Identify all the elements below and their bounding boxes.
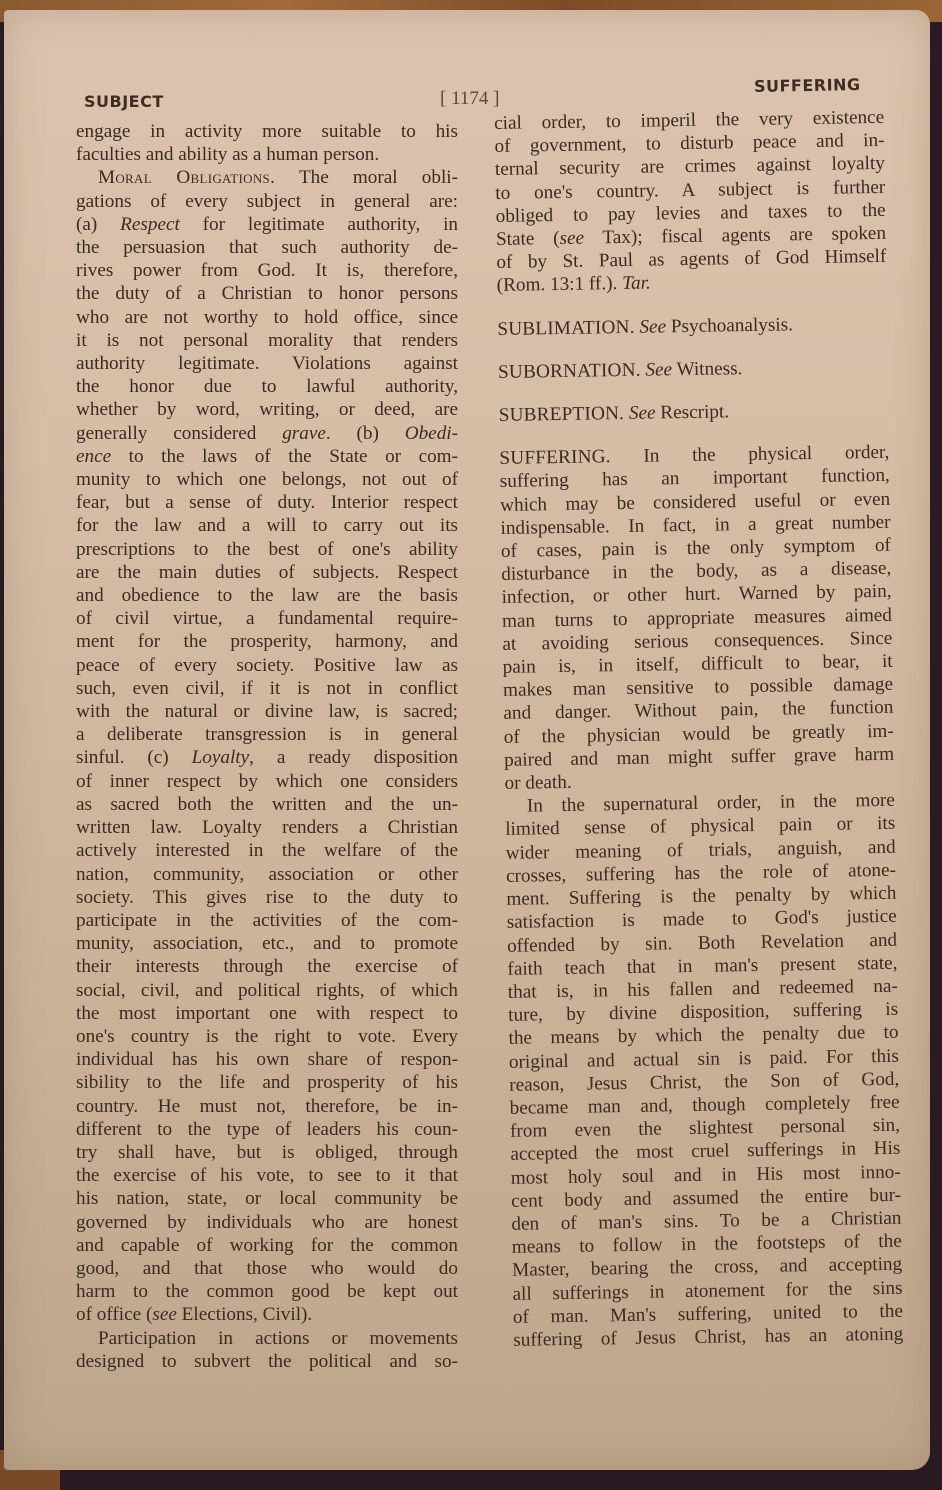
right-column: cial order, to imperil the very existenc… — [494, 106, 903, 1352]
text-line: the persuasion that such authority de- — [76, 236, 458, 259]
text-line: and capable of working for the common — [76, 1234, 458, 1257]
text-line: nation, community, association or other — [76, 863, 458, 886]
text-line: whether by word, writing, or deed, are — [76, 398, 458, 421]
text-line: peace of every society. Positive law as — [76, 654, 458, 677]
text-line: try shall have, but is obliged, through — [76, 1141, 458, 1164]
text-line: the honor due to lawful authority, — [76, 375, 458, 398]
text-line: rives power from God. It is, therefore, — [76, 259, 458, 282]
text-line: a deliberate transgression is in general — [76, 723, 458, 746]
text-line: country. He must not, therefore, be in- — [76, 1095, 458, 1118]
running-head-right: SUFFERING — [754, 75, 861, 96]
text-line: engage in activity more suitable to his — [76, 120, 458, 143]
text-line: such, even civil, if it is not in confli… — [76, 677, 458, 700]
text-line: ence to the laws of the State or com- — [76, 445, 458, 468]
cross-reference-link[interactable]: Witness. — [676, 358, 742, 380]
text-line: good, and that those who would do — [76, 1257, 458, 1280]
text-line: as sacred both the written and the un- — [76, 793, 458, 816]
text-line: governed by individuals who are honest — [76, 1211, 458, 1234]
paragraph-participation: Participation in actions or movements — [76, 1327, 458, 1350]
entry-suffering: SUFFERING. In the physical order, suffer… — [499, 441, 903, 1352]
entry-term: SUFFERING. — [499, 446, 611, 469]
entry-term: SUBORNATION. — [498, 360, 641, 383]
entry-term: SUBREPTION. — [499, 403, 625, 426]
cross-reference-subreption: SUBREPTION. See Rescript. — [499, 398, 889, 427]
text-line: the duty of a Christian to honor persons — [76, 282, 458, 305]
text-line: with the natural or divine law, is sacre… — [76, 700, 458, 723]
text-line: ment for the prosperity, harmony, and — [76, 630, 458, 653]
text-line: (Rom. 13:1 ff.). Tar. — [497, 268, 887, 297]
text-line: different to the type of leaders his cou… — [76, 1118, 458, 1141]
cross-reference-link[interactable]: Psychoanalysis. — [671, 314, 793, 337]
cross-reference-link[interactable]: Rescript. — [660, 401, 729, 423]
page-number: [ 1174 ] — [440, 88, 499, 110]
text-line: the most important one with respect to — [76, 1002, 458, 1025]
text-line: their interests through the exercise of — [76, 955, 458, 978]
text-line: sibility to the life and prosperity of h… — [76, 1071, 458, 1094]
left-column: engage in activity more suitable to his … — [76, 120, 458, 1373]
text-line: social, civil, and political rights, of … — [76, 979, 458, 1002]
text-line: written law. Loyalty renders a Christian — [76, 816, 458, 839]
text-line: munity to which one belongs, not out of — [76, 468, 458, 491]
text-line: actively interested in the welfare of th… — [76, 839, 458, 862]
see-label: See — [639, 316, 666, 337]
text-line: for the law and a will to carry out its — [76, 514, 458, 537]
text-line: the exercise of his vote, to see to it t… — [76, 1164, 458, 1187]
cross-reference-subornation: SUBORNATION. See Witness. — [498, 355, 888, 384]
text-line: harm to the common good be kept out — [76, 1280, 458, 1303]
text-line: of inner respect by which one considers — [76, 770, 458, 793]
text-line: fear, but a sense of duty. Interior resp… — [76, 491, 458, 514]
text-line: designed to subvert the political and so… — [76, 1350, 458, 1373]
text-line: gations of every subject in general are: — [76, 190, 458, 213]
text-line: who are not worthy to hold office, since — [76, 306, 458, 329]
text-line: generally considered grave. (b) Obedi- — [76, 422, 458, 445]
text-line: participate in the activities of the com… — [76, 909, 458, 932]
author-signature: Tar. — [622, 273, 651, 294]
text-line: society. This gives rise to the duty to — [76, 886, 458, 909]
section-heading: Moral Obligations. — [98, 167, 275, 188]
text-line: (a) Respect for legitimate authority, in — [76, 213, 458, 236]
text-line: of office (see Elections, Civil). — [76, 1303, 458, 1326]
text-line: his nation, state, or local community be — [76, 1187, 458, 1210]
running-head-left: SUBJECT — [84, 92, 164, 111]
text-line: of civil virtue, a fundamental require- — [76, 607, 458, 630]
text-line: and obedience to the law are the basis — [76, 584, 458, 607]
see-label: See — [645, 359, 672, 380]
text-line: are the main duties of subjects. Respect — [76, 561, 458, 584]
text-line: one's country is the right to vote. Ever… — [76, 1025, 458, 1048]
text-line: munity, association, etc., and to promot… — [76, 932, 458, 955]
text-line: sinful. (c) Loyalty, a ready disposition — [76, 746, 458, 769]
see-label: See — [629, 403, 656, 424]
cross-reference-sublimation: SUBLIMATION. See Psychoanalysis. — [497, 311, 887, 340]
entry-term: SUBLIMATION. — [497, 316, 635, 339]
text-line: faculties and ability as a human person. — [76, 143, 458, 166]
text-line: individual has his own share of respon- — [76, 1048, 458, 1071]
text-line: prescriptions to the best of one's abili… — [76, 538, 458, 561]
text-line: it is not personal morality that renders — [76, 329, 458, 352]
text-line: authority legitimate. Violations against — [76, 352, 458, 375]
paragraph-moral-obligations: Moral Obligations. The moral obli- — [76, 166, 458, 189]
